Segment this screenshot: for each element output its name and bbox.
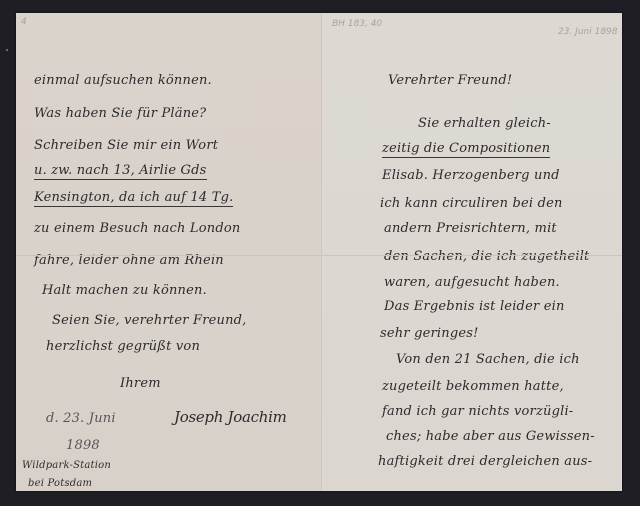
page-number: 4	[21, 17, 27, 27]
salutation: Verehrter Freund!	[388, 73, 512, 88]
letter-line: andern Preisrichtern, mit	[384, 221, 557, 236]
letter-sheet: 4 einmal aufsuchen können. Was haben Sie…	[16, 13, 622, 491]
underlined-compositions: zeitig die Compositionen	[382, 141, 550, 158]
letter-date: d. 23. Juni	[46, 411, 116, 426]
letter-line: sehr geringes!	[380, 326, 479, 341]
letter-line: haftigkeit drei dergleichen aus-	[378, 454, 592, 469]
center-fold	[321, 13, 323, 491]
letter-line: Kensington, da ich auf 14 Tg.	[34, 190, 233, 205]
underlined-address: Kensington, da ich auf 14 Tg.	[34, 190, 233, 207]
right-page: BH 183, 40 23. Juni 1898 Verehrter Freun…	[322, 13, 622, 491]
letter-year: 1898	[66, 438, 100, 453]
archive-mark: BH 183, 40	[332, 19, 382, 29]
pencil-date: 23. Juni 1898	[558, 27, 618, 37]
letter-line: zugeteilt bekommen hatte,	[382, 379, 564, 394]
letter-line: Was haben Sie für Pläne?	[34, 106, 206, 121]
left-page: 4 einmal aufsuchen können. Was haben Sie…	[16, 13, 322, 491]
letter-line: Schreiben Sie mir ein Wort	[34, 138, 218, 153]
letter-line: u. zw. nach 13, Airlie Gds	[34, 163, 207, 178]
letter-line: Das Ergebnis ist leider ein	[384, 299, 565, 314]
letter-line: Elisab. Herzogenberg und	[382, 168, 560, 183]
letter-line: Seien Sie, verehrter Freund,	[52, 313, 247, 328]
letter-line: zu einem Besuch nach London	[34, 221, 240, 236]
letter-line: ches; habe aber aus Gewissen-	[386, 429, 595, 444]
signature: Joseph Joachim	[174, 408, 287, 426]
letter-line: einmal aufsuchen können.	[34, 73, 212, 88]
underlined-address: u. zw. nach 13, Airlie Gds	[34, 163, 207, 180]
letter-line: Halt machen zu können.	[42, 283, 207, 298]
letter-line: zeitig die Compositionen	[382, 141, 550, 156]
letter-line: ich kann circuliren bei den	[380, 196, 563, 211]
letter-line: waren, aufgesucht haben.	[384, 275, 560, 290]
archive-note: Wildpark-Station	[22, 460, 111, 471]
letter-line: den Sachen, die ich zugetheilt	[384, 249, 589, 264]
letter-line: herzlichst gegrüßt von	[46, 339, 200, 354]
closing-line: Ihrem	[120, 376, 161, 391]
letter-line: Sie erhalten gleich-	[418, 116, 551, 131]
horizontal-fold	[16, 255, 622, 256]
letter-line: fand ich gar nichts vorzügli-	[382, 404, 573, 419]
letter-line: Von den 21 Sachen, die ich	[396, 352, 580, 367]
scanner-speck	[6, 49, 8, 51]
archive-note: bei Potsdam	[28, 478, 92, 489]
